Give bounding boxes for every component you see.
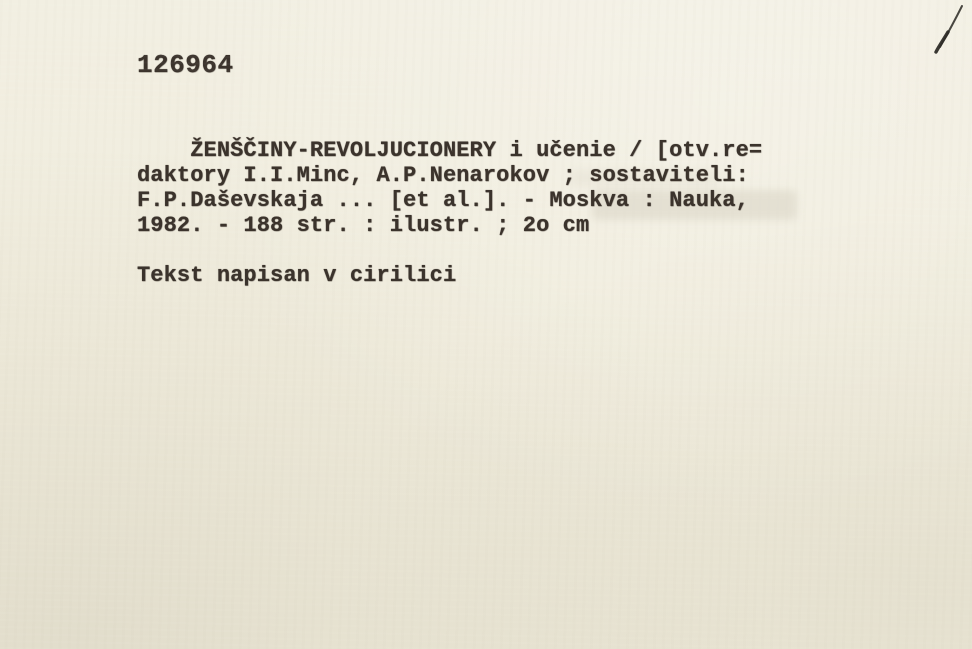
- record-line: 1982. - 188 str. : ilustr. ; 2o cm: [137, 213, 762, 238]
- record-line: F.P.Daševskaja ... [et al.]. - Moskva : …: [137, 188, 762, 213]
- pen-slash-icon: [926, 1, 972, 61]
- record-line: daktory I.I.Minc, A.P.Nenarokov ; sostav…: [137, 163, 762, 188]
- record-line: ŽENŠČINY-REVOLJUCIONERY i učenie / [otv.…: [137, 138, 762, 163]
- catalog-card: 126964 ŽENŠČINY-REVOLJUCIONERY i učenie …: [0, 0, 972, 649]
- bibliographic-record: ŽENŠČINY-REVOLJUCIONERY i učenie / [otv.…: [137, 138, 762, 238]
- script-note: Tekst napisan v cirilici: [137, 263, 456, 288]
- accession-number: 126964: [137, 50, 234, 80]
